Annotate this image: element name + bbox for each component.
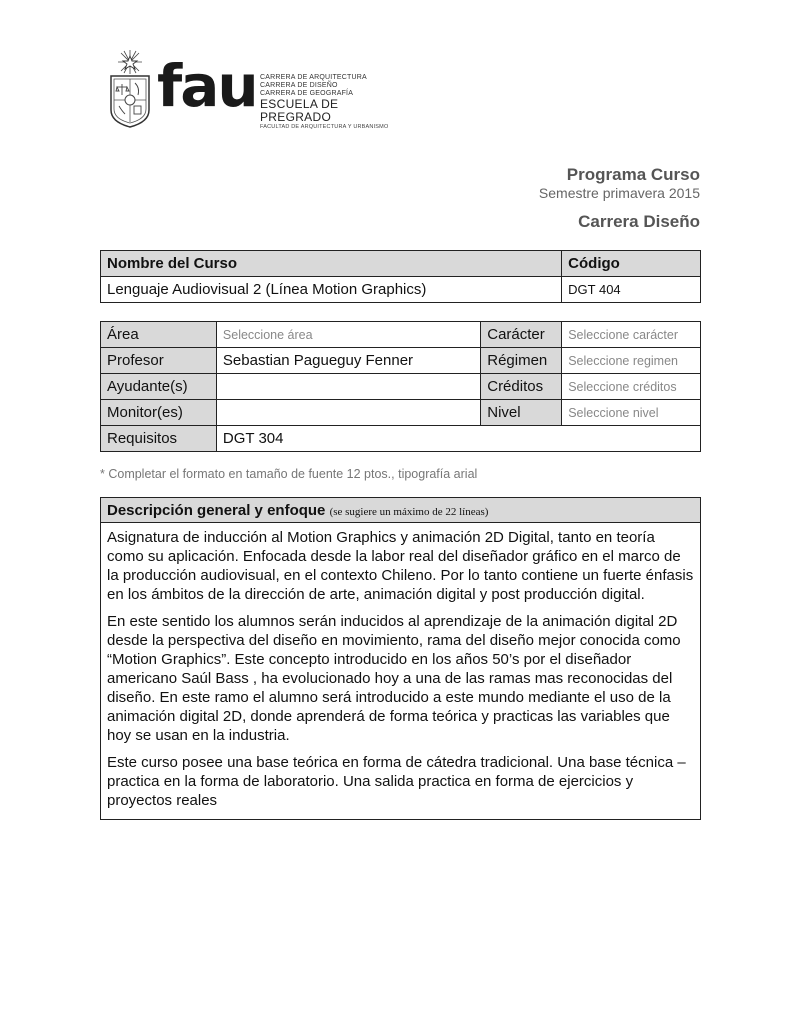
fau-logo: fau CARRERA DE ARQUITECTURA CARRERA DE D… bbox=[108, 48, 398, 128]
logo-text: CARRERA DE ARQUITECTURA CARRERA DE DISEÑ… bbox=[260, 74, 398, 131]
ayudante-field[interactable] bbox=[216, 374, 480, 400]
course-name-header: Nombre del Curso bbox=[101, 251, 562, 277]
description-section: Descripción general y enfoque (se sugier… bbox=[100, 497, 701, 820]
monitor-field[interactable] bbox=[216, 400, 480, 426]
page-title: Programa Curso bbox=[539, 164, 700, 185]
title-block: Programa Curso Semestre primavera 2015 C… bbox=[539, 164, 700, 232]
requisitos-field[interactable]: DGT 304 bbox=[216, 426, 700, 452]
table-header-row: Nombre del Curso Código bbox=[101, 251, 701, 277]
course-name-field[interactable]: Lenguaje Audiovisual 2 (Línea Motion Gra… bbox=[101, 277, 562, 303]
regimen-label: Régimen bbox=[481, 348, 562, 374]
description-paragraph: Asignatura de inducción al Motion Graphi… bbox=[107, 528, 694, 604]
format-note: * Completar el formato en tamaño de fuen… bbox=[100, 467, 477, 481]
table-row: Profesor Sebastian Pagueguy Fenner Régim… bbox=[101, 348, 701, 374]
nivel-select[interactable]: Seleccione nivel bbox=[562, 400, 701, 426]
description-paragraph: En este sentido los alumnos serán induci… bbox=[107, 612, 694, 745]
course-code-header: Código bbox=[562, 251, 701, 277]
semester-label: Semestre primavera 2015 bbox=[539, 185, 700, 202]
logo-faculty: FACULTAD DE ARQUITECTURA Y URBANISMO bbox=[260, 124, 398, 131]
course-code-field[interactable]: DGT 404 bbox=[562, 277, 701, 303]
career-label: Carrera Diseño bbox=[539, 211, 700, 232]
fau-wordmark: fau bbox=[157, 56, 257, 116]
caracter-label: Carácter bbox=[481, 322, 562, 348]
description-header: Descripción general y enfoque (se sugier… bbox=[101, 498, 700, 523]
caracter-select[interactable]: Seleccione carácter bbox=[562, 322, 701, 348]
ayudante-label: Ayudante(s) bbox=[101, 374, 217, 400]
requisitos-label: Requisitos bbox=[101, 426, 217, 452]
description-title: Descripción general y enfoque bbox=[107, 502, 325, 519]
description-paragraph: Este curso posee una base teórica en for… bbox=[107, 753, 694, 810]
area-select[interactable]: Seleccione área bbox=[216, 322, 480, 348]
description-body[interactable]: Asignatura de inducción al Motion Graphi… bbox=[101, 523, 700, 819]
table-row: Ayudante(s) Créditos Seleccione créditos bbox=[101, 374, 701, 400]
table-row: Monitor(es) Nivel Seleccione nivel bbox=[101, 400, 701, 426]
creditos-select[interactable]: Seleccione créditos bbox=[562, 374, 701, 400]
logo-school: ESCUELA DE PREGRADO bbox=[260, 98, 398, 124]
description-hint: (se sugiere un máximo de 22 líneas) bbox=[330, 506, 489, 518]
table-row: Requisitos DGT 304 bbox=[101, 426, 701, 452]
course-details-table: Área Seleccione área Carácter Seleccione… bbox=[100, 321, 701, 452]
table-row: Área Seleccione área Carácter Seleccione… bbox=[101, 322, 701, 348]
monitor-label: Monitor(es) bbox=[101, 400, 217, 426]
creditos-label: Créditos bbox=[481, 374, 562, 400]
logo-line-diseno: CARRERA DE DISEÑO bbox=[260, 82, 398, 90]
logo-line-arquitectura: CARRERA DE ARQUITECTURA bbox=[260, 74, 398, 82]
regimen-select[interactable]: Seleccione regimen bbox=[562, 348, 701, 374]
university-shield-emblem-icon bbox=[108, 48, 152, 128]
profesor-field[interactable]: Sebastian Pagueguy Fenner bbox=[216, 348, 480, 374]
area-label: Área bbox=[101, 322, 217, 348]
table-row: Lenguaje Audiovisual 2 (Línea Motion Gra… bbox=[101, 277, 701, 303]
course-name-table: Nombre del Curso Código Lenguaje Audiovi… bbox=[100, 250, 701, 303]
profesor-label: Profesor bbox=[101, 348, 217, 374]
nivel-label: Nivel bbox=[481, 400, 562, 426]
